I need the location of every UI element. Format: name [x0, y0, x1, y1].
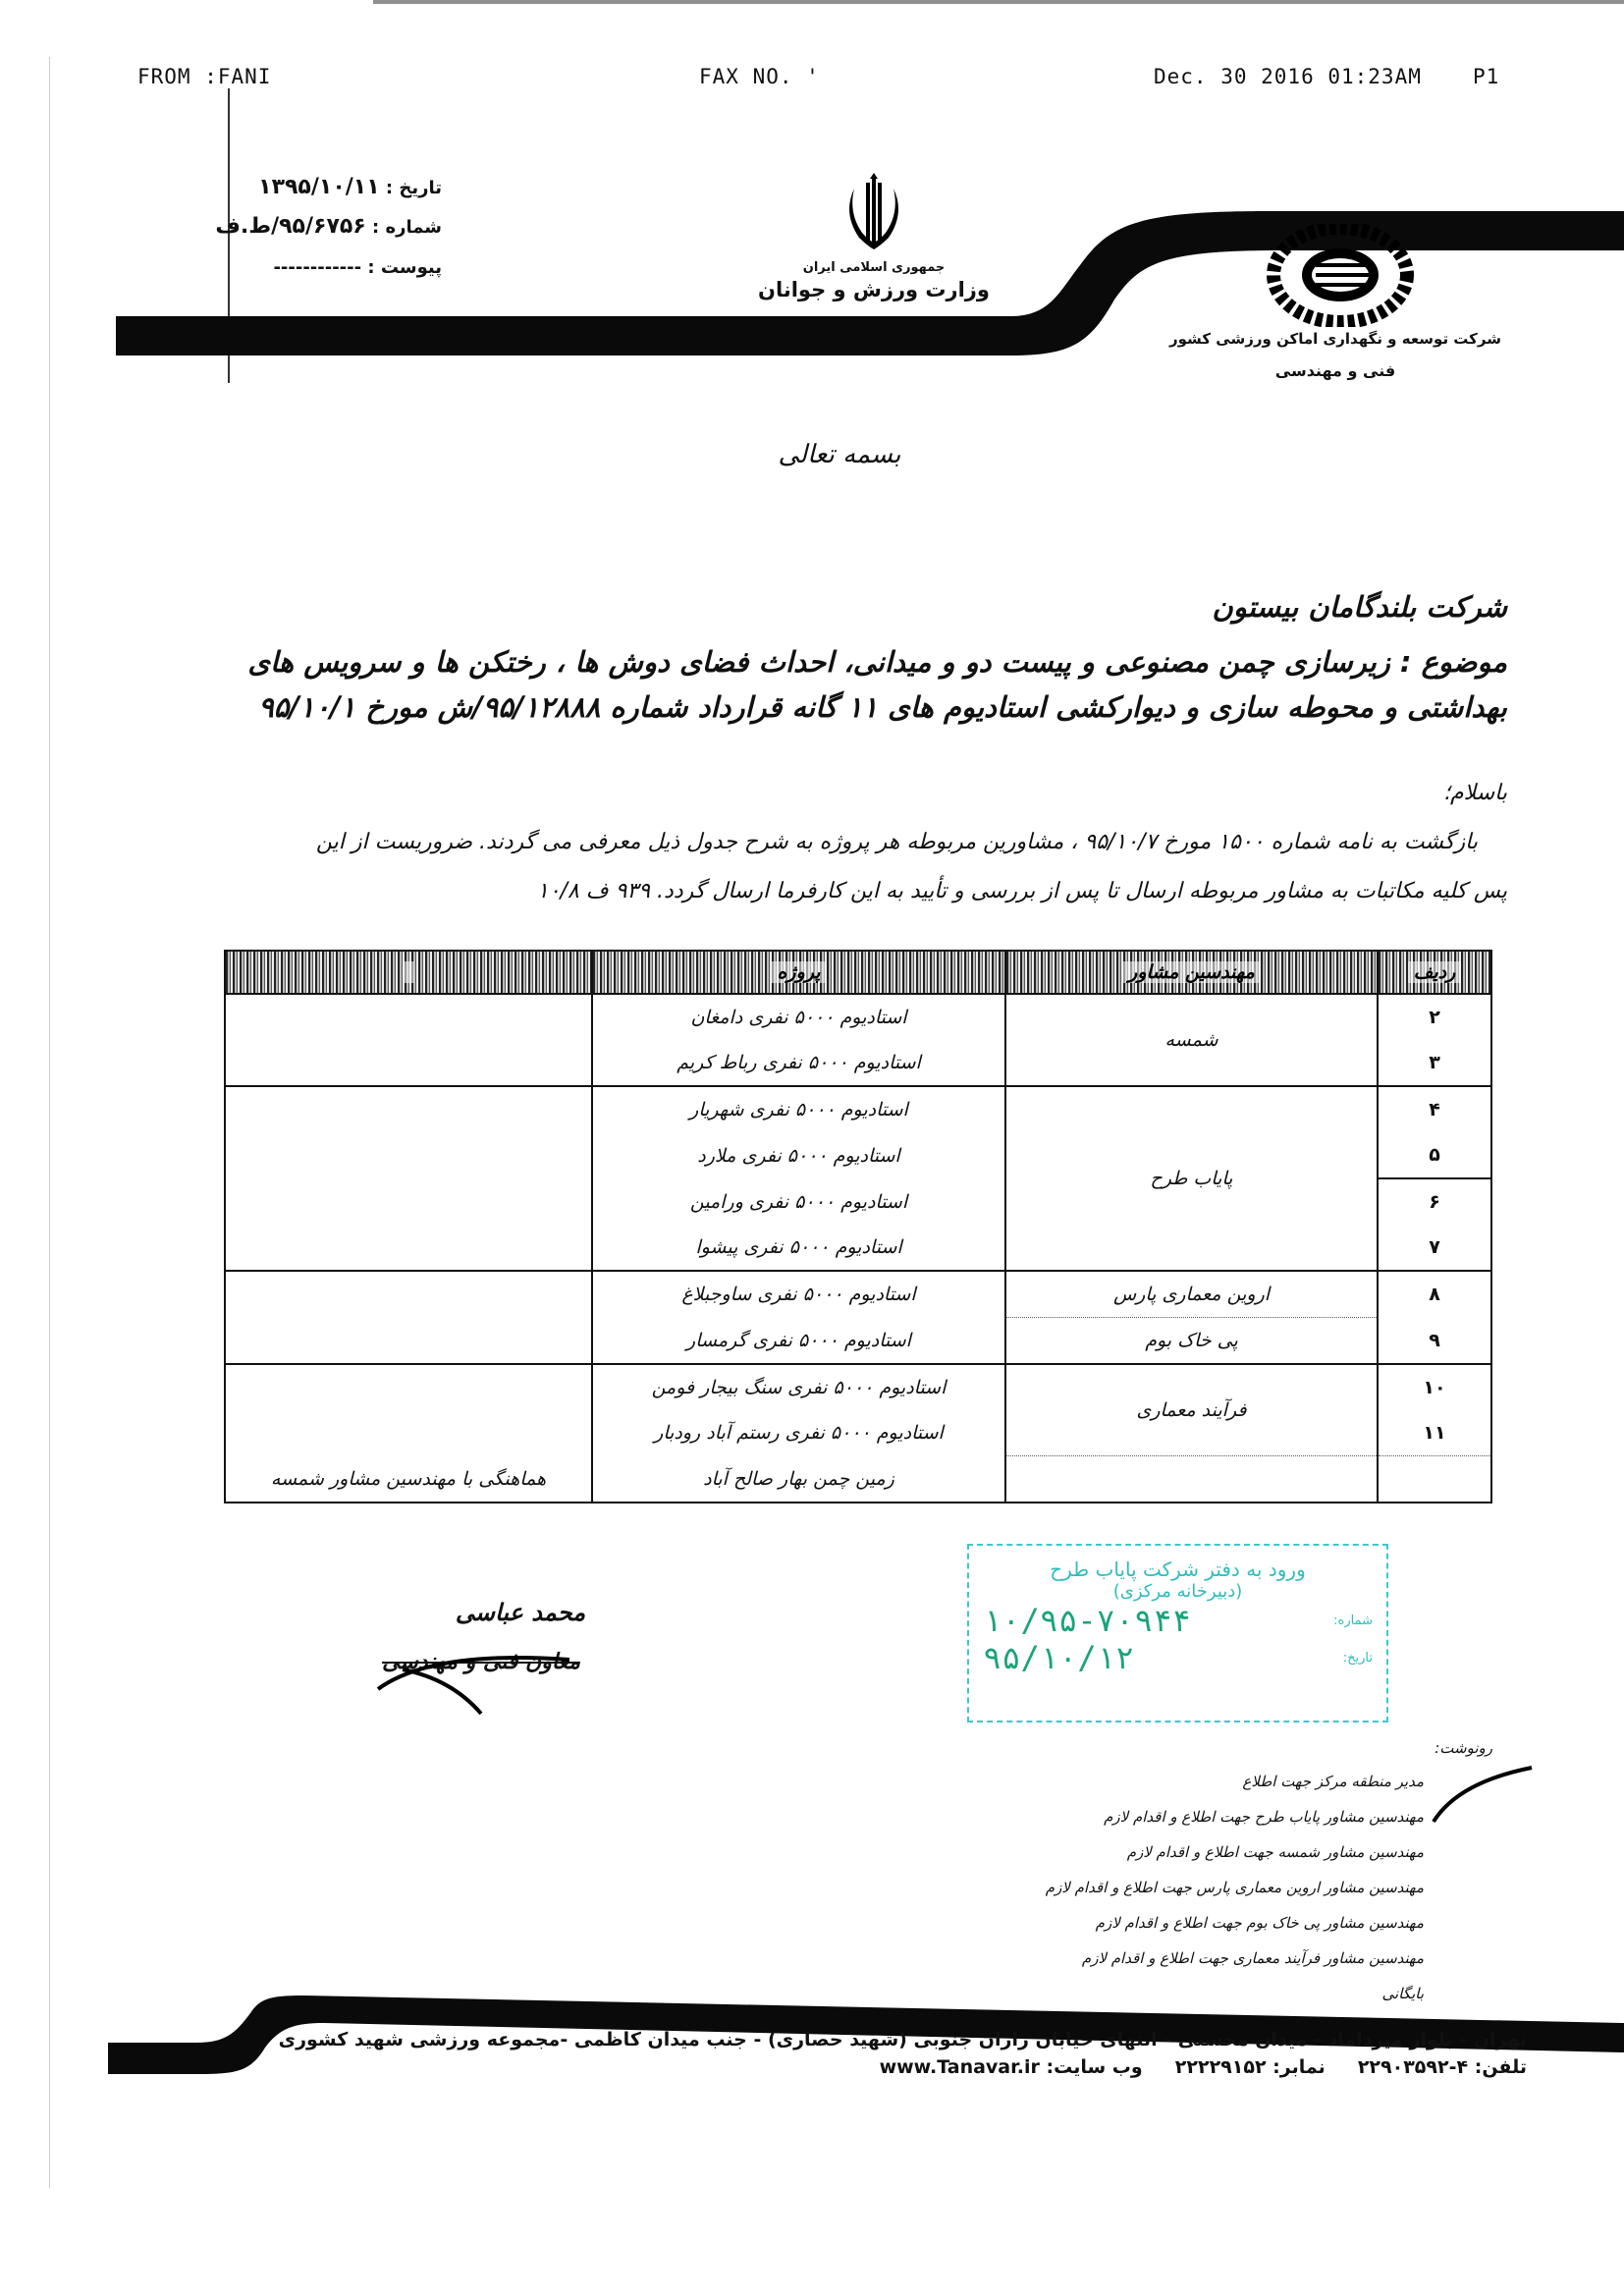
project-cell: استادیوم ۵۰۰۰ نفری گرمسار [592, 1318, 1005, 1365]
project-cell: استادیوم ۵۰۰۰ نفری دامغان [592, 994, 1005, 1040]
note-cell [225, 1132, 592, 1178]
stamp-number-row: شماره: ۱۰/۹۵-۷۰۹۴۴ [969, 1602, 1386, 1639]
subject-line-2: بهداشتی و محوطه سازی و دیوارکشی استادیوم… [196, 685, 1507, 729]
note-cell [225, 1364, 592, 1410]
project-cell: استادیوم ۵۰۰۰ نفری رستم آباد رودبار [592, 1410, 1005, 1456]
consultant-cell: پایاب طرح [1005, 1086, 1378, 1271]
cc-list: مدیر منطقه مرکز جهت اطلاع مهندسین مشاور … [982, 1764, 1424, 2011]
table-row: ۲ شمسه استادیوم ۵۰۰۰ نفری دامغان [225, 994, 1491, 1040]
project-cell: استادیوم ۵۰۰۰ نفری پیشوا [592, 1225, 1005, 1271]
project-cell: استادیوم ۵۰۰۰ نفری ورامین [592, 1178, 1005, 1225]
footer-website-label: وب سایت: [1047, 2056, 1143, 2078]
row-number: ۹ [1378, 1318, 1491, 1365]
fax-number: FAX NO. ' [699, 65, 820, 88]
stamp-number-label: شماره: [1333, 1613, 1373, 1628]
row-number: ۶ [1378, 1178, 1491, 1225]
row-number: ۱۰ [1378, 1364, 1491, 1410]
note-cell [225, 1271, 592, 1318]
cc-item: مدیر منطقه مرکز جهت اطلاع [982, 1764, 1424, 1799]
stamp-date-row: تاریخ: ۹۵/۱۰/۱۲ [969, 1639, 1386, 1676]
body-line-1: بازگشت به نامه شماره ۱۵۰۰ مورخ ۹۵/۱۰/۷ ،… [196, 820, 1478, 865]
project-cell: استادیوم ۵۰۰۰ نفری ملارد [592, 1132, 1005, 1178]
handwritten-mark-icon [1429, 1758, 1537, 1827]
row-number: ۱۱ [1378, 1410, 1491, 1456]
consultant-cell: شمسه [1005, 994, 1378, 1086]
stamp-number-value: ۱۰/۹۵-۷۰۹۴۴ [983, 1602, 1191, 1639]
stamp-subtitle: (دبیرخانه مرکزی) [969, 1581, 1386, 1602]
consultant-cell: اروین معماری پارس [1005, 1271, 1378, 1318]
page-edge [49, 57, 50, 2188]
project-cell: زمین چمن بهار صالح آباد [592, 1456, 1005, 1503]
cc-item: مهندسین مشاور فرآیند معماری جهت اطلاع و … [982, 1941, 1424, 1976]
recipient: شرکت بلندگامان بیستون [589, 585, 1507, 629]
consultant-cell: فرآیند معماری [1005, 1364, 1378, 1456]
table-row: زمین چمن بهار صالح آباد هماهنگی با مهندس… [225, 1456, 1491, 1503]
scan-top-edge [373, 0, 1624, 4]
header-consultant: مهندسین مشاور [1005, 951, 1378, 994]
cc-item: مهندسین مشاور پایاب طرح جهت اطلاع و اقدا… [982, 1799, 1424, 1834]
cc-item: مهندسین مشاور پی خاک بوم جهت اطلاع و اقد… [982, 1905, 1424, 1941]
footer-phone: تلفن: ۴-۲۲۹۰۳۵۹۲ [1358, 2056, 1527, 2078]
footer-website[interactable]: www.Tanavar.ir [880, 2056, 1040, 2078]
cc-item: مهندسین مشاور اروین معماری پارس جهت اطلا… [982, 1870, 1424, 1905]
row-number: ۴ [1378, 1086, 1491, 1132]
receipt-stamp: ورود به دفتر شرکت پایاب طرح (دبیرخانه مر… [967, 1544, 1388, 1722]
note-cell [225, 1086, 592, 1132]
cc-item: مهندسین مشاور شمسه جهت اطلاع و اقدام لاز… [982, 1834, 1424, 1870]
consultant-cell: پی خاک بوم [1005, 1318, 1378, 1365]
header-project: پروژه [592, 951, 1005, 994]
header-row-number: ردیف [1378, 951, 1491, 994]
company-name: شرکت توسعه و نگهداری اماکن ورزشی کشور [1159, 330, 1512, 348]
footer-address: تهران - بلوار میرداماد - میدان محسنی - ا… [295, 2029, 1527, 2050]
row-number: ۵ [1378, 1132, 1491, 1178]
stamp-date-label: تاریخ: [1343, 1651, 1373, 1666]
stamp-date-value: ۹۵/۱۰/۱۲ [983, 1639, 1134, 1676]
table-row: ۱۰ فرآیند معماری استادیوم ۵۰۰۰ نفری سنگ … [225, 1364, 1491, 1410]
note-cell [225, 1040, 592, 1086]
greeting: باسلام؛ [1276, 771, 1507, 816]
company-department: فنی و مهندسی [1227, 361, 1443, 380]
footer-contacts: تلفن: ۴-۲۲۹۰۳۵۹۲ نمابر: ۲۲۲۲۹۱۵۲ وب سایت… [569, 2056, 1527, 2078]
note-cell [225, 1410, 592, 1456]
project-cell: استادیوم ۵۰۰۰ نفری سنگ بیجار فومن [592, 1364, 1005, 1410]
consultants-table: ردیف مهندسین مشاور پروژه ۲ شمسه استادیوم… [224, 950, 1492, 1503]
footer-fax: نمابر: ۲۲۲۲۹۱۵۲ [1175, 2056, 1326, 2078]
basmala: بسمه تعالی [766, 440, 913, 469]
consultant-cell [1005, 1456, 1378, 1503]
company-logo-icon [1267, 224, 1414, 327]
date-label: تاریخ : [386, 178, 442, 198]
note-cell [225, 994, 592, 1040]
subject-line-1: موضوع : زیرسازی چمن مصنوعی و پیست دو و م… [196, 640, 1507, 683]
table-row: ۸ اروین معماری پارس استادیوم ۵۰۰۰ نفری س… [225, 1271, 1491, 1318]
row-number [1378, 1456, 1491, 1503]
note-cell [225, 1318, 592, 1365]
fax-page: P1 [1473, 65, 1499, 88]
row-number: ۸ [1378, 1271, 1491, 1318]
table-header-row: ردیف مهندسین مشاور پروژه [225, 951, 1491, 994]
table-row: ۹ پی خاک بوم استادیوم ۵۰۰۰ نفری گرمسار [225, 1318, 1491, 1365]
signatory-name: محمد عباسی [432, 1599, 609, 1626]
stamp-title: ورود به دفتر شرکت پایاب طرح [969, 1558, 1386, 1581]
project-cell: استادیوم ۵۰۰۰ نفری شهریار [592, 1086, 1005, 1132]
table-row: ۴ پایاب طرح استادیوم ۵۰۰۰ نفری شهریار [225, 1086, 1491, 1132]
project-cell: استادیوم ۵۰۰۰ نفری رباط کریم [592, 1040, 1005, 1086]
fax-from: FROM :FANI [137, 65, 271, 88]
header-notes [225, 951, 592, 994]
row-number: ۲ [1378, 994, 1491, 1040]
project-cell: استادیوم ۵۰۰۰ نفری ساوجبلاغ [592, 1271, 1005, 1318]
row-number: ۷ [1378, 1225, 1491, 1271]
row-number: ۳ [1378, 1040, 1491, 1086]
fax-timestamp: Dec. 30 2016 01:23AM [1154, 65, 1422, 88]
signature-stroke-icon [373, 1640, 609, 1719]
note-cell: هماهنگی با مهندسین مشاور شمسه [225, 1456, 592, 1503]
body-line-2: پس کلیه مکاتبات به مشاور مربوطه ارسال تا… [393, 869, 1507, 914]
note-cell [225, 1225, 592, 1271]
note-cell [225, 1178, 592, 1225]
